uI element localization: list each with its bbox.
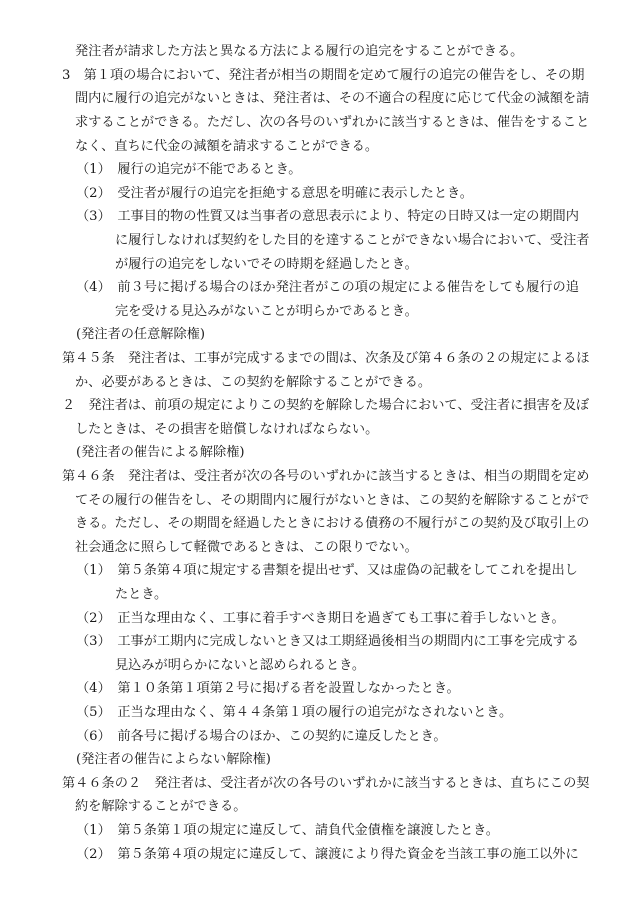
article-45-line: 第４５条 発注者は、工事が完成するまでの間は、次条及び第４６条の２の規定によるほ — [62, 351, 590, 367]
list-item: （1） 第５条第４項に規定する書類を提出せず、又は虚偽の記載をしてこれを提出し — [76, 563, 578, 579]
article-46-2-line: 第４６条の２ 発注者は、受注者が次の各号のいずれかに該当するときは、直ちにこの契 — [62, 776, 590, 792]
paragraph-line: 求することができる。ただし、次の各号のいずれかに該当するときは、催告をすること — [75, 115, 589, 131]
paragraph-line: したときは、その損害を賠償しなければならない。 — [75, 422, 378, 438]
list-item-continuation: 完を受ける見込みがないことが明らかであるとき。 — [115, 304, 418, 320]
paragraph-line: 約を解除することができる。 — [75, 799, 246, 815]
list-item-continuation: に履行しなければ契約をした目的を達することができない場合において、受注者 — [115, 233, 589, 249]
document-page: 発注者が請求した方法と異なる方法による履行の追完をすることができる。 3 第１項… — [0, 0, 630, 903]
list-item: （6） 前各号に掲げる場合のほか、この契約に違反したとき。 — [76, 729, 447, 745]
section-heading: (発注者の任意解除権) — [76, 327, 205, 343]
list-item: （4） 前３号に掲げる場合のほか発注者がこの項の規定による催告をしても履行の追 — [76, 280, 579, 296]
list-item: （2） 第５条第４項の規定に違反して、譲渡により得た資金を当該工事の施工以外に — [76, 847, 579, 863]
list-item: （4） 第１０条第１項第２号に掲げる者を設置しなかったとき。 — [76, 681, 460, 697]
paragraph-line: 社会通念に照らして軽微であるときは、この限りでない。 — [75, 540, 418, 556]
list-item: （5） 正当な理由なく、第４４条第１項の履行の追完がなされないとき。 — [76, 705, 512, 721]
article-46-line: 第４６条 発注者は、受注者が次の各号のいずれかに該当するときは、相当の期間を定め — [62, 469, 590, 485]
list-item: （1） 履行の追完が不能であるとき。 — [76, 162, 301, 178]
list-item-continuation: が履行の追完をしないでその時期を経過したとき。 — [115, 257, 418, 273]
list-item: （3） 工事目的物の性質又は当事者の意思表示により、特定の日時又は一定の期間内 — [76, 209, 579, 225]
list-item: （1） 第５条第１項の規定に違反して、請負代金債権を譲渡したとき。 — [76, 823, 499, 839]
paragraph-line: なく、直ちに代金の減額を請求することができる。 — [75, 139, 378, 155]
paragraph-line: きる。ただし、その期間を経過したときにおける債務の不履行がこの契約及び取引上の — [75, 516, 589, 532]
paragraph-line: か、必要があるときは、この契約を解除することができる。 — [75, 375, 431, 391]
paragraph-line: 発注者が請求した方法と異なる方法による履行の追完をすることができる。 — [75, 44, 523, 60]
clause-3-line: 3 第１項の場合において、発注者が相当の期間を定めて履行の追完の催告をし、その期 — [62, 68, 584, 84]
section-heading: (発注者の催告によらない解除権) — [76, 752, 271, 768]
paragraph-line: 間内に履行の追完がないときは、発注者は、その不適合の程度に応じて代金の減額を請 — [75, 91, 589, 107]
list-item: （3） 工事が工期内に完成しないとき又は工期経過後相当の期間内に工事を完成する — [76, 634, 579, 650]
list-item-continuation: 見込みが明らかにないと認められるとき。 — [115, 658, 365, 674]
list-item: （2） 正当な理由なく、工事に着手すべき期日を過ぎても工事に着手しないとき。 — [76, 611, 565, 627]
paragraph-line: てその履行の催告をし、その期間内に履行がないときは、この契約を解除することがで — [75, 493, 589, 509]
list-item-continuation: たとき。 — [115, 587, 167, 603]
section-heading: (発注者の催告による解除権) — [76, 445, 245, 461]
clause-2-line: ２ 発注者は、前項の規定によりこの契約を解除した場合において、受注者に損害を及ぼ — [62, 398, 589, 414]
list-item: （2） 受注者が履行の追完を拒絶する意思を明確に表示したとき。 — [76, 186, 473, 202]
